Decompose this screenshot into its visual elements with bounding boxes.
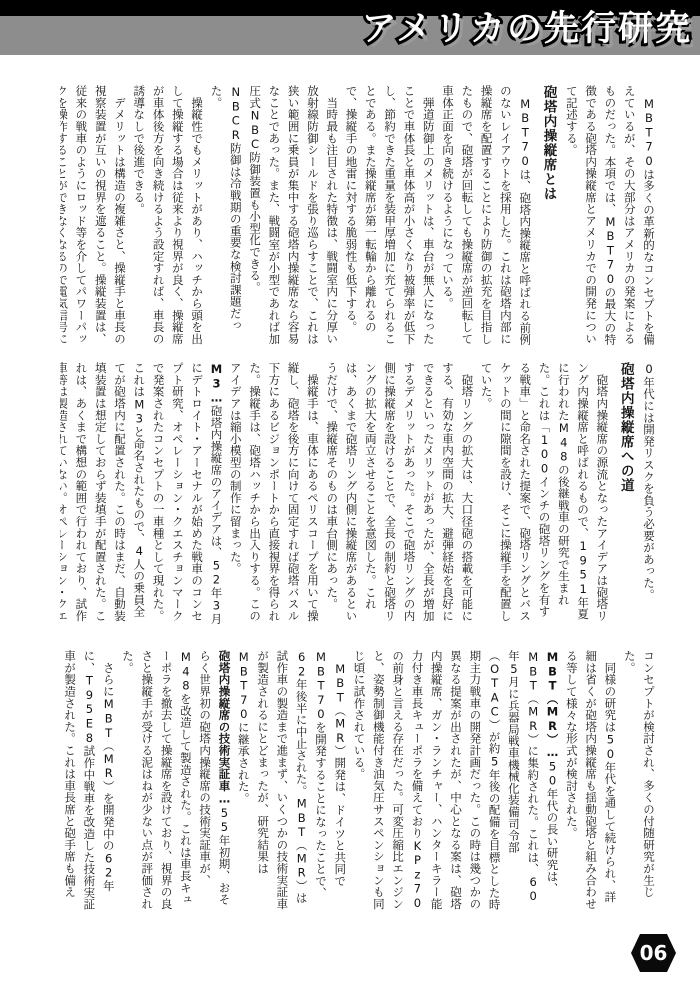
paragraph: M3…砲塔内操縦席のアイデアは、52年3月にデトロイト・アーセナルが始めた戦車の… xyxy=(60,362,225,626)
paragraph: MBT（MR）開発は、ドイツと共同でMBT70を開発することになったことで、62… xyxy=(233,650,349,914)
text-band-2: 0年代には開発リスクを負う必要があった。砲塔内操縦席への道 砲塔内操縦席の源流と… xyxy=(60,362,658,626)
paragraph: 操縦手は、車体にあるペリスコープを用いて操縦し、砲塔を後方に向けて固定すれば砲塔… xyxy=(225,362,321,626)
paragraph: 砲塔リングの拡大は、大口径砲の搭載を可能にする、有効な車内空間の拡大、避弾経始を… xyxy=(322,362,476,626)
paragraph: 同様の研究は50年代を通して続けられ、詳細は省くが砲塔内操縦席も揺動砲塔と組み合… xyxy=(562,650,620,914)
page-title: アメリカの先行研究 xyxy=(361,12,692,47)
paragraph: デメリットは構造の複雑さと、操縦手と車長の視察装置が互いの視界を遮ること。操縦装… xyxy=(60,85,129,349)
paragraph: 弾道防御上のメリットは、車台が無人になったことで車体長と車体高が小さくなり被弾率… xyxy=(341,85,437,349)
paragraph: 操縦性でもメリットがあり、ハッチから頭を出して操縦する場合は従来より視界が良く、… xyxy=(129,85,206,349)
paragraph: MBT70は多くの革新的なコンセプトを備えているが、その大部分はアメリカの発案に… xyxy=(562,85,658,349)
paragraph: 0年代には開発リスクを負う必要があった。 xyxy=(639,362,658,626)
paragraph: 砲塔内操縦席の技術実証車…55年初期、おそらく世界初の砲塔内操縦席の技術実証車が… xyxy=(118,650,234,914)
magazine-page: アメリカの先行研究 MBT70は多くの革新的なコンセプトを備えているが、その大部… xyxy=(0,0,700,988)
page-number-badge: 06 xyxy=(631,934,676,972)
paragraph: 砲塔内操縦席の源流となったアイデアは砲塔リング内操縦席と呼ばれるもので、1951… xyxy=(476,362,611,626)
page-number: 06 xyxy=(640,941,668,965)
paragraph: さらにMBT（MR）を開発中の62年に、T95E8試作中戦車を改造した技術実証車… xyxy=(60,650,118,914)
inline-run-in-heading: M3… xyxy=(209,362,223,405)
paragraph: MBT（MR）…50年代の長い研究は、MBT（MR）に集約された。これは、60年… xyxy=(349,650,561,914)
text-band-3: コンセプトが検討され、多くの付随研究が生じた。 同様の研究は50年代を通して続け… xyxy=(60,650,658,914)
inline-run-in-heading: MBT（MR）… xyxy=(546,650,560,759)
paragraph: 当時最も注目された特徴は、戦闘室内に分厚い放射線防御シールドを張り巡らすことで、… xyxy=(206,85,341,349)
paragraph: コンセプトが検討され、多くの付随研究が生じた。 xyxy=(619,650,658,914)
text-band-1: MBT70は多くの革新的なコンセプトを備えているが、その大部分はアメリカの発案に… xyxy=(60,85,658,349)
section-heading: 砲塔内操縦席への道 xyxy=(615,362,634,626)
section-heading: 砲塔内操縦席とは xyxy=(538,85,557,349)
inline-run-in-heading: 砲塔内操縦席の技術実証車… xyxy=(217,650,231,806)
paragraph: MBT70は、砲塔内操縦席と呼ばれる前例のないレイアウトを採用した。これは砲塔内… xyxy=(438,85,534,349)
